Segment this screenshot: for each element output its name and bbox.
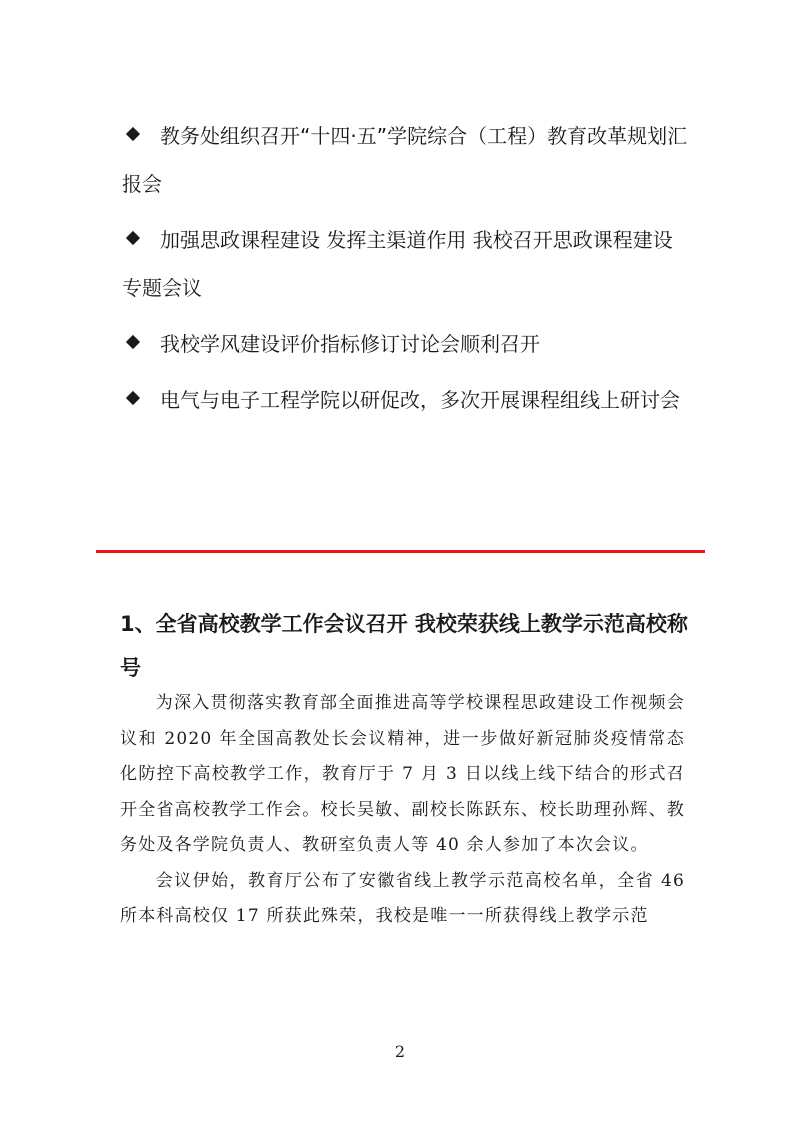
page-number: 2 [0,1042,800,1061]
article-body: 为深入贯彻落实教育部全面推进高等学校课程思政建设工作视频会议和 2020 年全国… [120,686,685,935]
diamond-bullet-icon [126,391,140,405]
highlight-text: 教务处组织召开“十四·五”学院综合（工程）教育改革规划汇报会 [122,124,687,196]
highlights-list: 教务处组织召开“十四·五”学院综合（工程）教育改革规划汇报会 加强思政课程建设 … [122,112,692,432]
diamond-bullet-icon [126,127,140,141]
article-title: 1、全省高校教学工作会议召开 我校荣获线上教学示范高校称号 [120,602,700,690]
diamond-bullet-icon [126,335,140,349]
highlight-text: 电气与电子工程学院以研促改，多次开展课程组线上研讨会 [160,388,680,412]
highlight-text: 加强思政课程建设 发挥主渠道作用 我校召开思政课程建设专题会议 [122,228,673,300]
red-divider [96,550,705,553]
diamond-bullet-icon [126,231,140,245]
highlight-item: 教务处组织召开“十四·五”学院综合（工程）教育改革规划汇报会 [122,112,692,208]
highlight-item: 加强思政课程建设 发挥主渠道作用 我校召开思政课程建设专题会议 [122,216,692,312]
article-paragraph: 为深入贯彻落实教育部全面推进高等学校课程思政建设工作视频会议和 2020 年全国… [120,686,685,864]
article-paragraph: 会议伊始，教育厅公布了安徽省线上教学示范高校名单，全省 46 所本科高校仅 17… [120,864,685,935]
highlight-item: 我校学风建设评价指标修订讨论会顺利召开 [122,320,692,368]
highlight-item: 电气与电子工程学院以研促改，多次开展课程组线上研讨会 [122,376,692,424]
highlight-text: 我校学风建设评价指标修订讨论会顺利召开 [160,332,540,356]
